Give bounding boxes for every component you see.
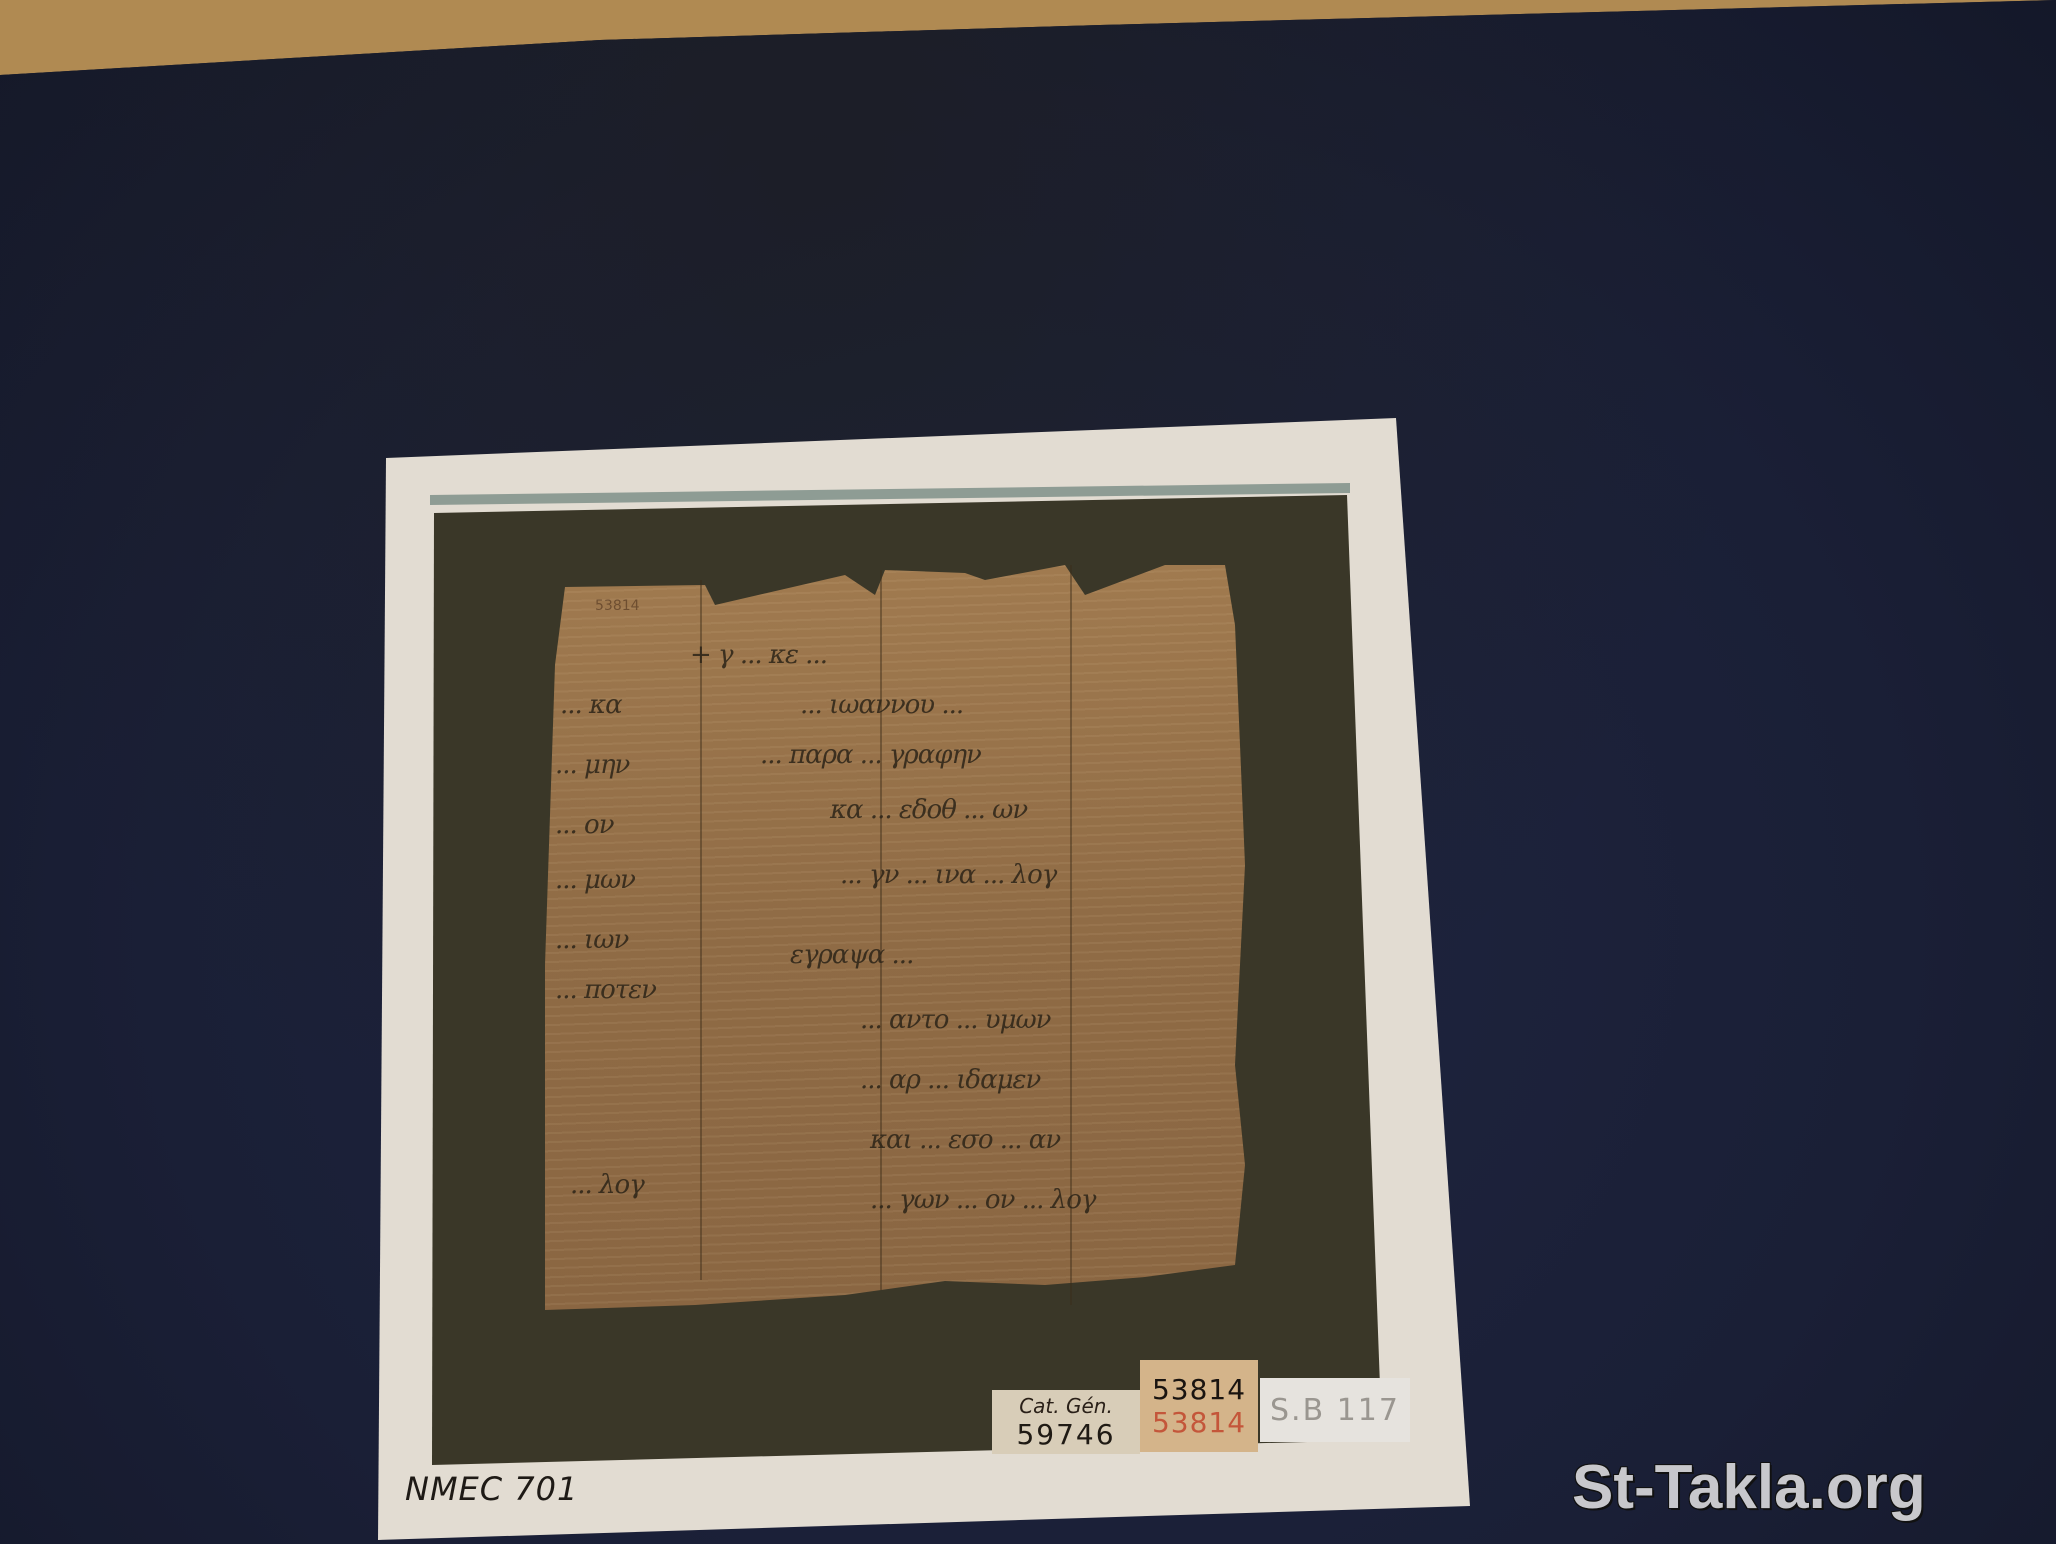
text-line: κα ... εδοθ ... ων (830, 795, 1027, 825)
text-line: ... παρα ... γραφην (760, 740, 981, 770)
fold-line (700, 580, 702, 1280)
text-line: ... γν ... ινα ... λογ (840, 860, 1056, 890)
text-line: ... αντο ... υμων (860, 1005, 1051, 1035)
watermark: St-Takla.org (1572, 1452, 1926, 1523)
text-line: και ... εσο ... αν (870, 1125, 1060, 1155)
catalogue-label-number: 59746 (1016, 1418, 1115, 1451)
left-fragment: ... ποτεν (555, 975, 656, 1005)
left-fragment: ... μην (555, 750, 629, 780)
inventory-number-black: 53814 (1152, 1373, 1246, 1406)
text-line: ... αρ ... ιδαμεν (860, 1065, 1040, 1095)
papyrus-inventory-mark: 53814 (595, 598, 640, 614)
sb-label: S.B 117 (1260, 1378, 1410, 1442)
text-line: ... γων ... ον ... λογ (870, 1185, 1095, 1215)
text-line: + γ ... κε ... (690, 640, 827, 670)
inventory-label: 53814 53814 (1140, 1360, 1258, 1452)
text-line: εγραψα ... (790, 940, 913, 970)
inventory-number-red: 53814 (1152, 1406, 1246, 1439)
fold-line (880, 570, 882, 1290)
left-fragment: ... ον (555, 810, 614, 840)
left-fragment: ... λογ (570, 1170, 644, 1200)
left-fragment: ... ιων (555, 925, 628, 955)
nmec-number: NMEC 701 (405, 1470, 578, 1508)
sb-label-text: S.B 117 (1270, 1393, 1400, 1428)
left-fragment: ... μων (555, 865, 635, 895)
catalogue-label-title: Cat. Gén. (1019, 1394, 1113, 1418)
catalogue-label: Cat. Gén. 59746 (992, 1390, 1140, 1454)
text-line: ... ιωαννου ... (800, 690, 963, 720)
left-fragment: ... κα (560, 690, 622, 720)
